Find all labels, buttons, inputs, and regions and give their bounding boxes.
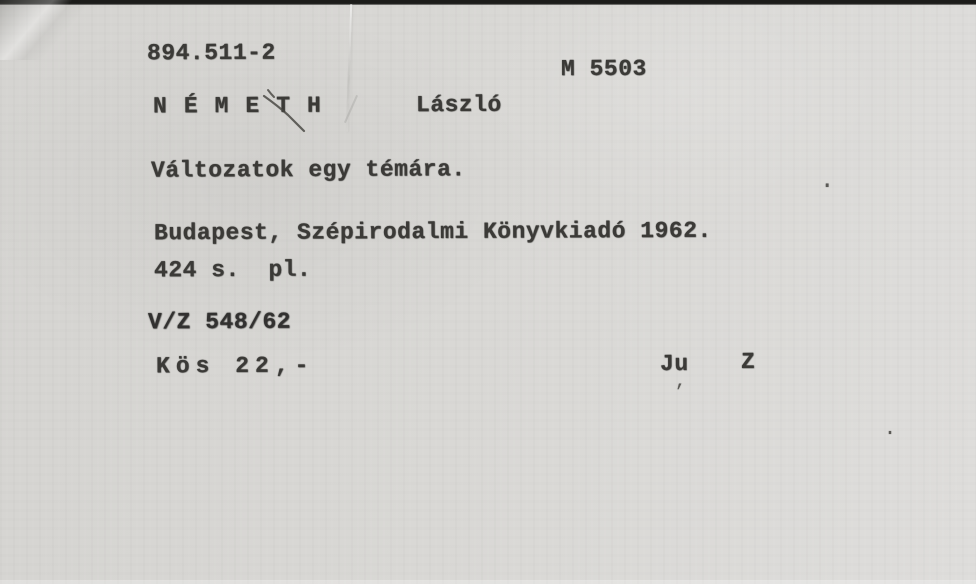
scan-edge-top <box>0 0 976 5</box>
author-forename: László <box>416 94 502 117</box>
collation: 424 s. pl. <box>154 259 311 283</box>
paper-crease-corner <box>0 0 90 60</box>
catalog-card: 894.511-2 M 5503 N É M E T H László Vált… <box>0 0 976 584</box>
accession-number: M 5503 <box>561 58 647 81</box>
stray-dot-mark: . <box>820 170 834 194</box>
paper-crease-vertical <box>346 4 352 132</box>
paper-crease-diagonal <box>344 95 358 123</box>
price: Kös 22,- <box>156 355 315 379</box>
stray-apostrophe-mark: ’ <box>674 384 685 402</box>
call-number: 894.511-2 <box>147 42 276 66</box>
annotation-ju: Ju <box>660 353 689 376</box>
paper-edge-bottom <box>0 580 976 584</box>
inventory-number: V/Z 548/62 <box>148 311 291 335</box>
annotation-z: Z <box>741 351 755 374</box>
imprint: Budapest, Szépirodalmi Könyvkiadó 1962. <box>154 220 712 245</box>
stray-dot-mark: . <box>884 420 896 440</box>
title: Változatok egy témára. <box>151 158 466 182</box>
author-surname: N É M E T H <box>153 95 323 119</box>
